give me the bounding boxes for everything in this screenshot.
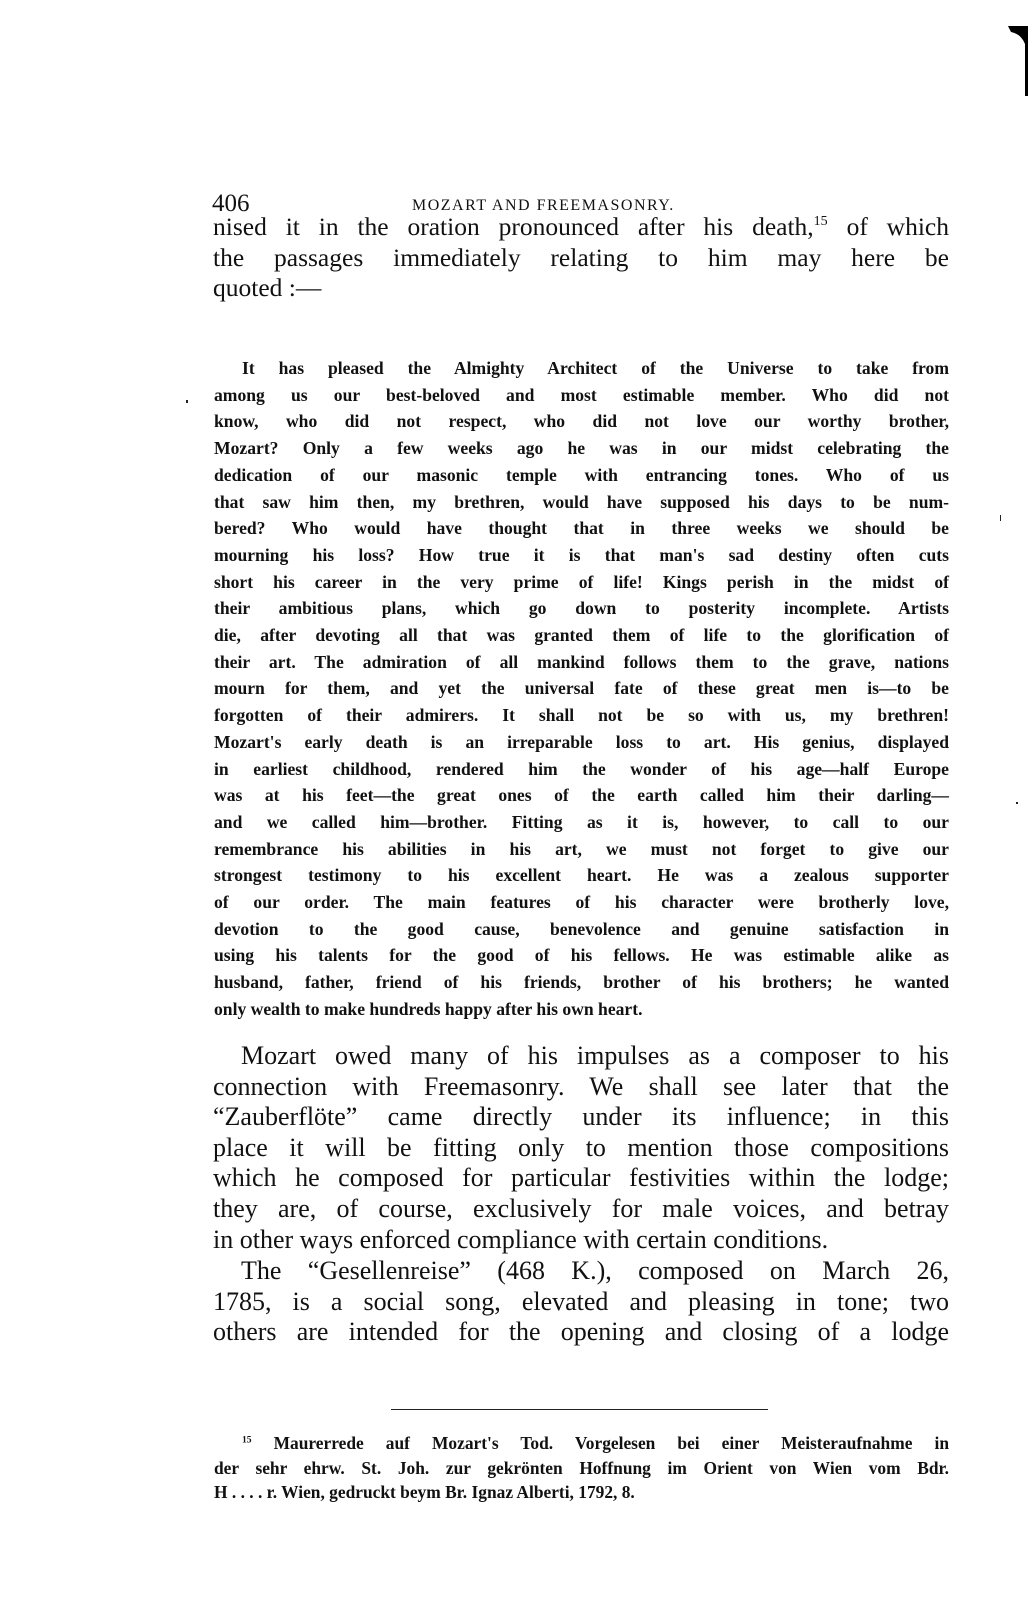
scan-speck [186,400,188,403]
footnote-line: der sehr ehrw. St. Joh. zur gekrönten Ho… [214,1456,949,1481]
footnote-marker: 15 [242,1434,252,1445]
text-line: quoted :— [213,273,949,304]
text-fragment: of which [828,212,949,241]
text-line: others are intended for the opening and … [213,1317,949,1348]
quote-line: strongest testimony to his excellent hea… [214,862,949,889]
quote-line: It has pleased the Almighty Architect of… [214,355,949,382]
scan-speck [1016,802,1018,804]
quote-line: their ambitious plans, which go down to … [214,595,949,622]
quote-line: dedication of our masonic temple with en… [214,462,949,489]
quote-line: mourning his loss? How true it is that m… [214,542,949,569]
quote-line: forgotten of their admirers. It shall no… [214,702,949,729]
text-line: the passages immediately relating to him… [213,243,949,274]
quote-line: Mozart? Only a few weeks ago he was in o… [214,435,949,462]
text-fragment: Maurerrede auf Mozart's Tod. Vorgelesen … [252,1433,949,1453]
quote-line: in earliest childhood, rendered him the … [214,756,949,783]
quote-line: devotion to the good cause, benevolence … [214,916,949,943]
scan-speck [1000,515,1001,521]
quote-line: mourn for them, and yet the universal fa… [214,675,949,702]
quote-line: short his career in the very prime of li… [214,569,949,596]
footnote-reference[interactable]: 15 [814,214,828,229]
quote-line: using his talents for the good of his fe… [214,942,949,969]
text-line: place it will be fitting only to mention… [213,1133,949,1164]
quote-line: die, after devoting all that was granted… [214,622,949,649]
footnote-line: 15 Maurerrede auf Mozart's Tod. Vorgeles… [214,1431,949,1456]
paragraph-gesellenreise: The “Gesellenreise” (468 K.), composed o… [213,1256,949,1348]
quote-line: was at his feet—the great ones of the ea… [214,782,949,809]
quote-line: only wealth to make hundreds happy after… [214,996,949,1023]
text-line: The “Gesellenreise” (468 K.), composed o… [213,1256,949,1287]
scan-corner-mark-icon [1008,26,1030,96]
quote-line: among us our best-beloved and most estim… [214,382,949,409]
text-line: they are, of course, exclusively for mal… [213,1194,949,1225]
text-line: 1785, is a social song, elevated and ple… [213,1287,949,1318]
intro-paragraph: nised it in the oration pronounced after… [213,212,949,304]
text-line: in other ways enforced compliance with c… [213,1225,949,1256]
text-fragment: nised it in the oration pronounced after… [213,212,814,241]
quote-line: that saw him then, my brethren, would ha… [214,489,949,516]
quote-line: bered? Who would have thought that in th… [214,515,949,542]
footnote-line: H . . . . r. Wien, gedruckt beym Br. Ign… [214,1480,949,1505]
quote-line: and we called him—brother. Fitting as it… [214,809,949,836]
footnote-divider [391,1409,768,1410]
quote-line: husband, father, friend of his friends, … [214,969,949,996]
quote-line: know, who did not respect, who did not l… [214,408,949,435]
quote-line: of our order. The main features of his c… [214,889,949,916]
text-line: Mozart owed many of his impulses as a co… [213,1041,949,1072]
quote-line: remembrance his abilities in his art, we… [214,836,949,863]
book-page: 406 MOZART AND FREEMASONRY. nised it in … [0,0,1034,1600]
oration-quote: It has pleased the Almighty Architect of… [214,355,949,1023]
quote-line: Mozart's early death is an irreparable l… [214,729,949,756]
text-line: which he composed for particular festivi… [213,1163,949,1194]
quote-line: their art. The admiration of all mankind… [214,649,949,676]
text-line: nised it in the oration pronounced after… [213,212,949,243]
text-line: “Zauberflöte” came directly under its in… [213,1102,949,1133]
footnote: 15 Maurerrede auf Mozart's Tod. Vorgeles… [214,1431,949,1505]
text-line: connection with Freemasonry. We shall se… [213,1072,949,1103]
paragraph-compositions: Mozart owed many of his impulses as a co… [213,1041,949,1255]
